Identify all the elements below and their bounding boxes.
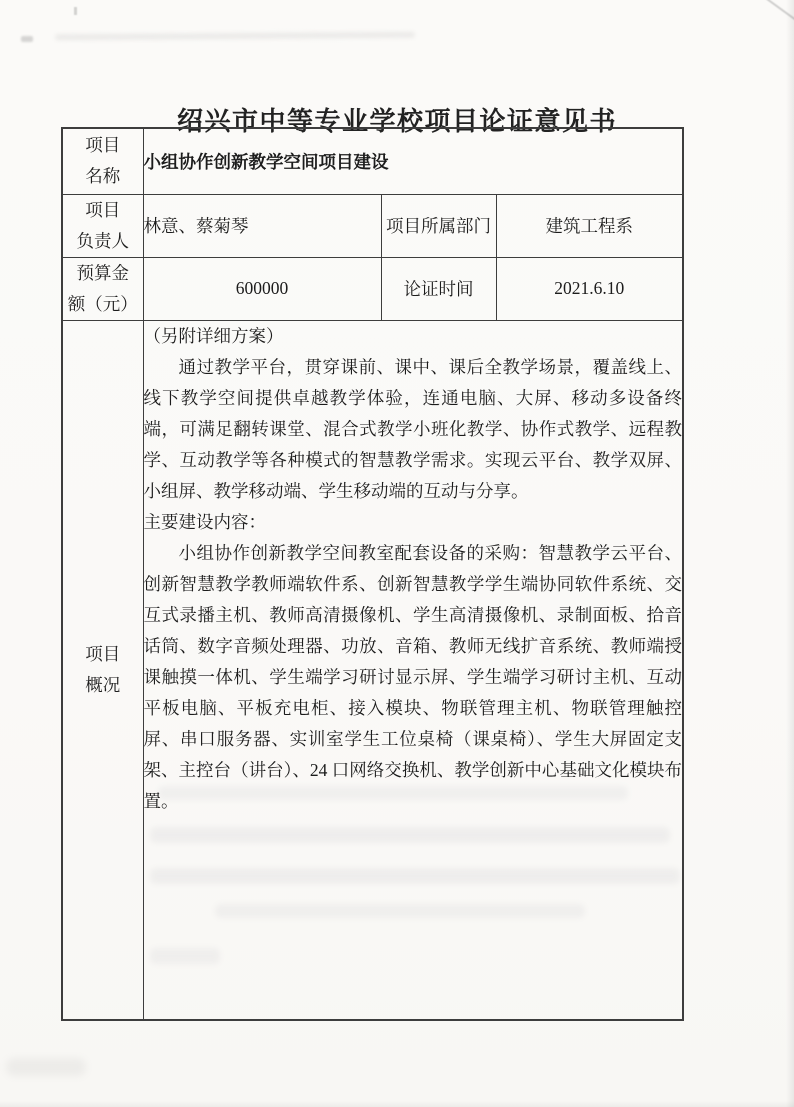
department-label-cell: 项目所属部门 (381, 194, 496, 257)
review-time-label-cell: 论证时间 (381, 257, 496, 320)
overview-paragraph-2: 小组协作创新教学空间教室配套设备的采购：智慧教学云平台、创新智慧教学教师端软件系… (144, 538, 683, 817)
project-overview-text: （另附详细方案） 通过教学平台，贯穿课前、课中、课后全教学场景，覆盖线上、线下教… (144, 321, 683, 817)
scanned-document-page: 绍兴市中等专业学校项目论证意见书 项目 名称 小组协作创新教学空间项目建设 项目… (0, 0, 794, 1107)
scan-mark-artifact (74, 7, 77, 15)
budget-row: 预算金 额（元） 600000 论证时间 2021.6.10 (62, 257, 683, 320)
scan-smudge-artifact (6, 1058, 86, 1076)
field-label: 预算金 (63, 258, 143, 289)
department-value: 建筑工程系 (496, 194, 683, 257)
review-time-value: 2021.6.10 (496, 257, 683, 320)
field-label: 名称 (63, 161, 143, 192)
scan-edge-shading (786, 0, 794, 1107)
attachment-note: （另附详细方案） (144, 321, 683, 352)
field-label: 项目 (63, 130, 143, 161)
budget-label-cell: 预算金 额（元） (62, 257, 143, 320)
field-label: 概况 (63, 670, 143, 701)
scan-smudge-artifact (55, 32, 415, 41)
field-label: 负责人 (63, 226, 143, 257)
overview-subheading: 主要建设内容： (144, 507, 683, 538)
project-overview-row: 项目 概况 （另附详细方案） 通过教学平台，贯穿课前、课中、课后全教学场景，覆盖… (62, 320, 683, 1020)
budget-value: 600000 (143, 257, 381, 320)
project-overview-content-cell: （另附详细方案） 通过教学平台，贯穿课前、课中、课后全教学场景，覆盖线上、线下教… (143, 320, 683, 1020)
project-name-label-cell: 项目 名称 (62, 128, 143, 194)
project-leader-label-cell: 项目 负责人 (62, 194, 143, 257)
field-label: 额（元） (63, 289, 143, 320)
project-leader-value: 林意、蔡菊琴 (143, 194, 381, 257)
project-overview-label-cell: 项目 概况 (62, 320, 143, 1020)
scan-edge-shading (0, 1101, 794, 1107)
project-leader-row: 项目 负责人 林意、蔡菊琴 项目所属部门 建筑工程系 (62, 194, 683, 257)
project-review-form-table: 项目 名称 小组协作创新教学空间项目建设 项目 负责人 林意、蔡菊琴 项目所属部… (61, 127, 684, 1021)
project-name-row: 项目 名称 小组协作创新教学空间项目建设 (62, 128, 683, 194)
project-name-value: 小组协作创新教学空间项目建设 (143, 128, 683, 194)
field-label: 项目 (63, 195, 143, 226)
field-label: 项目 (63, 639, 143, 670)
scan-mark-artifact (21, 36, 33, 42)
overview-paragraph-1: 通过教学平台，贯穿课前、课中、课后全教学场景，覆盖线上、线下教学空间提供卓越教学… (144, 352, 683, 507)
